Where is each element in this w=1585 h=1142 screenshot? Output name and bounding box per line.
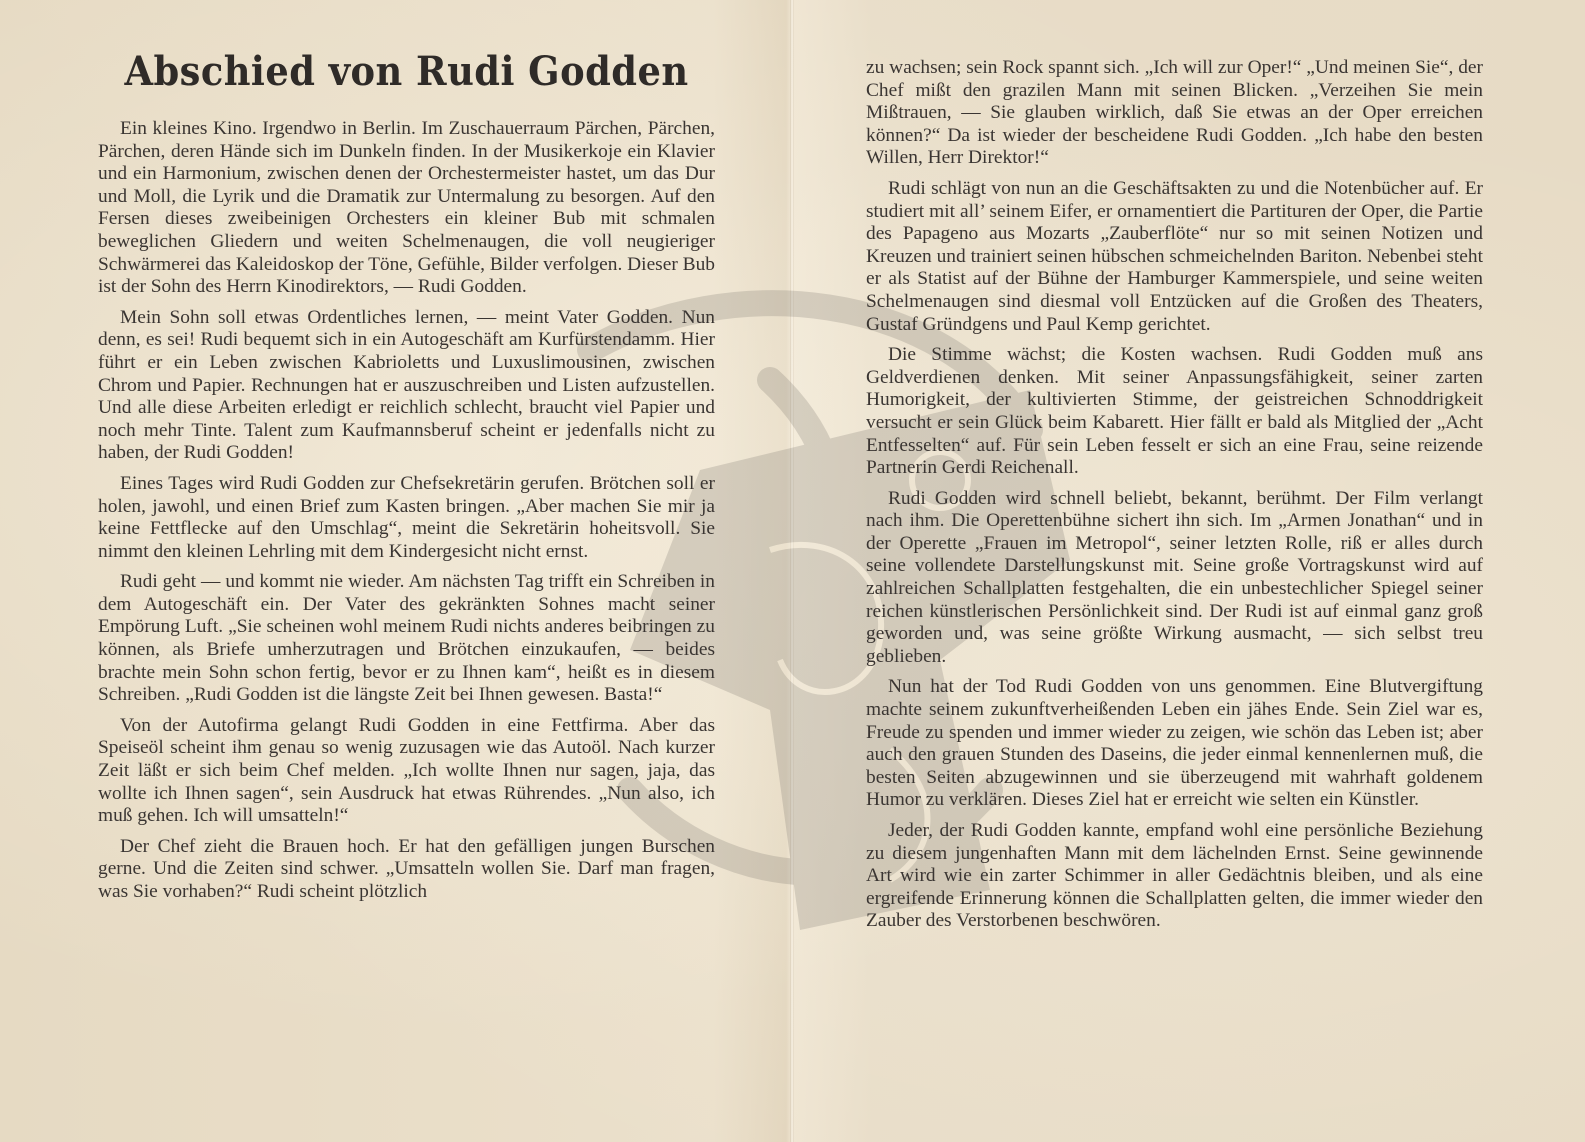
right-page: zu wachsen; sein Rock spannt sich. „Ich … — [866, 0, 1483, 941]
right-column: zu wachsen; sein Rock spannt sich. „Ich … — [866, 57, 1483, 933]
paragraph: Ein kleines Kino. Irgendwo in Berlin. Im… — [98, 118, 715, 299]
paragraph: Mein Sohn soll etwas Ordentliches lernen… — [98, 307, 715, 465]
paragraph: Rudi geht — und kommt nie wieder. Am näc… — [98, 571, 715, 707]
paragraph: Jeder, der Rudi Godden kannte, empfand w… — [866, 820, 1483, 933]
paragraph: Von der Autofirma gelangt Rudi Godden in… — [98, 715, 715, 828]
article-title: Abschied von Rudi Godden — [123, 48, 691, 106]
left-page: Abschied von Rudi Godden Ein kleines Kin… — [98, 0, 715, 912]
paragraph: Der Chef zieht die Brauen hoch. Er hat d… — [98, 836, 715, 904]
paragraph-continued: zu wachsen; sein Rock spannt sich. „Ich … — [866, 57, 1483, 170]
paragraph: Rudi schlägt von nun an die Geschäftsakt… — [866, 178, 1483, 336]
left-column: Ein kleines Kino. Irgendwo in Berlin. Im… — [98, 118, 715, 904]
paragraph: Eines Tages wird Rudi Godden zur Chefsek… — [98, 473, 715, 563]
paragraph: Rudi Godden wird schnell beliebt, bekann… — [866, 488, 1483, 669]
paragraph: Die Stimme wächst; die Kosten wachsen. R… — [866, 344, 1483, 480]
page-fold — [790, 0, 794, 1142]
paragraph: Nun hat der Tod Rudi Godden von uns geno… — [866, 676, 1483, 812]
